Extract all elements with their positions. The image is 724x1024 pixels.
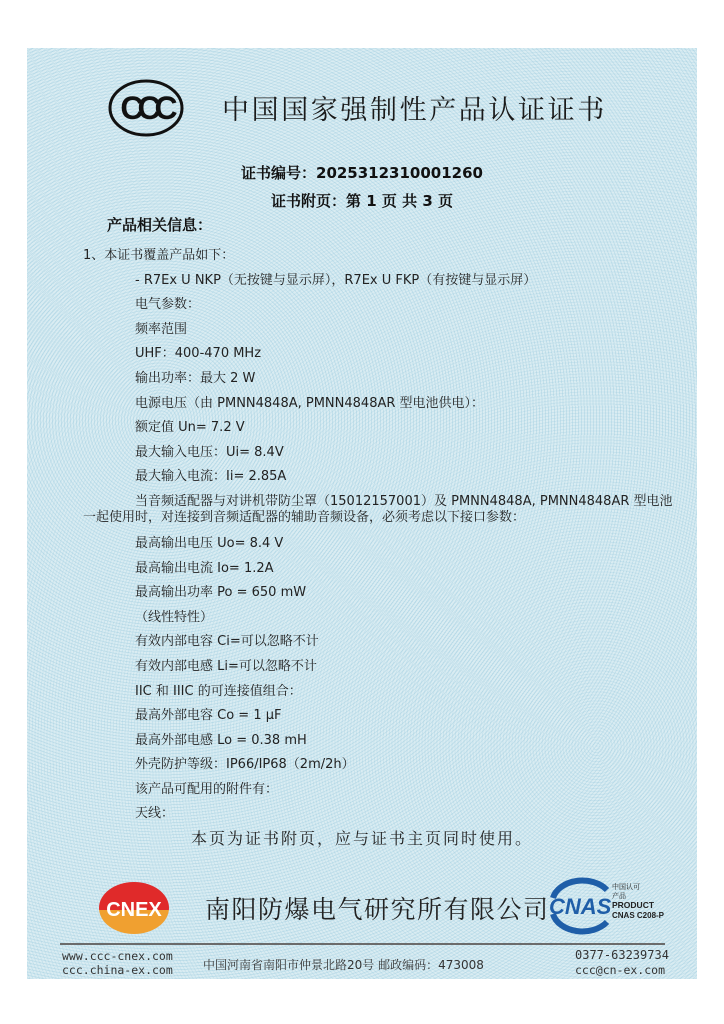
content-line: 外壳防护等级：IP66/IP68（2m/2h） bbox=[83, 753, 673, 778]
content-line: IIC 和 IIIC 的可连接值组合： bbox=[83, 680, 673, 705]
product-info-content: 1、本证书覆盖产品如下： - R7Ex U NKP（无按键与显示屏），R7Ex … bbox=[83, 244, 673, 827]
attachment-note: 本页为证书附页，应与证书主页同时使用。 bbox=[27, 826, 697, 849]
website-link-2[interactable]: ccc.china-ex.com bbox=[62, 963, 173, 977]
content-line: 该产品可配用的附件有： bbox=[83, 778, 673, 803]
content-line: - R7Ex U NKP（无按键与显示屏），R7Ex U FKP（有按键与显示屏… bbox=[83, 269, 673, 294]
website-link-1[interactable]: www.ccc-cnex.com bbox=[62, 949, 173, 963]
svg-text:产品: 产品 bbox=[612, 891, 626, 900]
svg-text:中国认可: 中国认可 bbox=[612, 882, 640, 891]
content-line: 最高外部电容 Co = 1 μF bbox=[83, 704, 673, 729]
content-line: 有效内部电感 Li=可以忽略不计 bbox=[83, 655, 673, 680]
content-line: 最高输出电压 Uo= 8.4 V bbox=[83, 532, 673, 557]
cnas-logo: CNAS 中国认可 产品 PRODUCT CNAS C208-P bbox=[545, 876, 675, 936]
content-line: 天线： bbox=[83, 802, 673, 827]
svg-text:PRODUCT: PRODUCT bbox=[612, 900, 655, 910]
svg-text:CCC: CCC bbox=[120, 90, 177, 126]
ccc-logo: CCC bbox=[107, 78, 185, 138]
section-heading: 产品相关信息： bbox=[107, 214, 212, 235]
svg-text:CNAS: CNAS bbox=[549, 894, 612, 919]
company-name: 南阳防爆电气研究所有限公司 bbox=[205, 890, 550, 926]
certificate-sheet: CCC 中国国家强制性产品认证证书 证书编号：2025312310001260 … bbox=[27, 48, 697, 979]
content-line: 最大输入电压：Ui= 8.4V bbox=[83, 441, 673, 466]
email-link[interactable]: ccc@cn-ex.com bbox=[575, 963, 665, 977]
footer-divider bbox=[60, 943, 665, 945]
content-line: 有效内部电容 Ci=可以忽略不计 bbox=[83, 630, 673, 655]
phone-number: 0377-63239734 bbox=[575, 948, 669, 962]
content-line: 输出功率：最大 2 W bbox=[83, 367, 673, 392]
certificate-title: 中国国家强制性产品认证证书 bbox=[222, 88, 607, 127]
svg-text:CNAS C208-P: CNAS C208-P bbox=[612, 911, 665, 920]
address: 中国河南省南阳市仲景北路20号 邮政编码：473008 bbox=[203, 956, 484, 973]
content-line: 额定值 Un= 7.2 V bbox=[83, 416, 673, 441]
content-line: 最大输入电流：Ii= 2.85A bbox=[83, 465, 673, 490]
content-line: （线性特性） bbox=[83, 606, 673, 631]
content-line: 最高外部电感 Lo = 0.38 mH bbox=[83, 729, 673, 754]
svg-text:CNEX: CNEX bbox=[106, 899, 162, 921]
content-line: 电源电压（由 PMNN4848A, PMNN4848AR 型电池供电）： bbox=[83, 392, 673, 417]
content-paragraph: 当音频适配器与对讲机带防尘罩（15012157001）及 PMNN4848A, … bbox=[83, 494, 673, 526]
content-line: 最高输出功率 Po = 650 mW bbox=[83, 581, 673, 606]
cnex-logo: CNEX bbox=[97, 880, 171, 936]
content-line: 电气参数： bbox=[83, 293, 673, 318]
content-line: 1、本证书覆盖产品如下： bbox=[83, 244, 673, 269]
content-line: 频率范围 bbox=[83, 318, 673, 343]
content-line: UHF：400-470 MHz bbox=[83, 342, 673, 367]
content-line: 最高输出电流 Io= 1.2A bbox=[83, 557, 673, 582]
certificate-page-indicator: 证书附页：第 1 页 共 3 页 bbox=[27, 190, 697, 211]
certificate-number: 证书编号：2025312310001260 bbox=[27, 162, 697, 183]
